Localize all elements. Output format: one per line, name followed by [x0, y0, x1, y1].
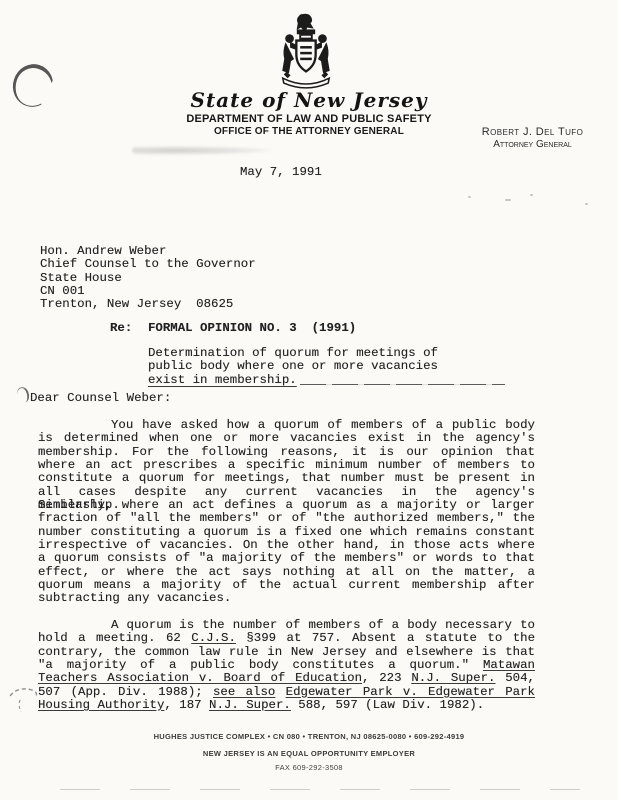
scan-squiggle — [8, 684, 42, 720]
letter-date: May 7, 1991 — [240, 166, 322, 179]
re-label: Re: — [110, 322, 132, 335]
body-line: effect, or where the act says nothing at… — [38, 566, 535, 579]
footer-fax: FAX 609-292-3508 — [0, 763, 618, 772]
body-line: subtracting any vacancies. — [38, 592, 535, 605]
body-line: a quorum consists of "a majority of the … — [38, 552, 535, 565]
subject-underline-rule — [300, 384, 505, 385]
body-line: where an act prescribes a specific minim… — [38, 459, 535, 472]
body-paragraph: A quorum is the number of members of a b… — [38, 619, 535, 712]
attorney-general-name: Robert J. Del Tufo — [450, 126, 615, 138]
department-line: DEPARTMENT OF LAW AND PUBLIC SAFETY — [0, 113, 618, 125]
body-line: You have asked how a quorum of members o… — [38, 419, 535, 432]
scanned-letter-page: { "letterhead": { "seal_icon": "nj-state… — [0, 0, 618, 800]
body-line: membership. For the following reasons, i… — [38, 446, 535, 459]
state-name-title: State of New Jersey — [0, 88, 618, 112]
body-line: 507 (App. Div. 1988); see also Edgewater… — [38, 686, 535, 699]
scan-speckle — [505, 199, 511, 201]
body-line: all cases despite any current vacancies … — [38, 486, 535, 499]
opinion-title: FORMAL OPINION NO. 3 (1991) — [148, 322, 356, 335]
scan-bottom-streak — [60, 789, 580, 790]
body-line: constitute a quorum for meetings, that n… — [38, 472, 535, 485]
scan-smudge — [132, 146, 272, 155]
attorney-general-block: Robert J. Del Tufo Attorney General — [450, 126, 615, 150]
recipient-line: CN 001 — [40, 285, 256, 298]
body-line: "a majority of a public body constitutes… — [38, 659, 535, 672]
attorney-general-title: Attorney General — [450, 139, 615, 150]
body-line: contrary, the common law rule in New Jer… — [38, 646, 535, 659]
recipient-line: Hon. Andrew Weber — [40, 245, 256, 258]
subject-line-underlined: exist in membership. — [148, 373, 297, 387]
scan-speckle — [530, 194, 533, 196]
body-line: Teachers Association v. Board of Educati… — [38, 672, 535, 685]
letter-body: You have asked how a quorum of members o… — [38, 419, 535, 712]
body-line: irrespective of vacancies. On the other … — [38, 539, 535, 552]
recipient-address: Hon. Andrew Weber Chief Counsel to the G… — [40, 245, 256, 311]
body-line: Similarly, where an act defines a quorum… — [38, 499, 535, 512]
salutation: Dear Counsel Weber: — [30, 392, 171, 405]
scan-speckle — [585, 203, 588, 205]
recipient-line: State House — [40, 272, 256, 285]
footer-address: HUGHES JUSTICE COMPLEX • CN 080 • TRENTO… — [0, 732, 618, 741]
body-line: quorum means a majority of the actual cu… — [38, 579, 535, 592]
recipient-line: Trenton, New Jersey 08625 — [40, 298, 256, 311]
subject-line: Determination of quorum for meetings of — [148, 347, 518, 360]
nj-state-seal-icon — [277, 13, 335, 99]
body-line: Housing Authority, 187 N.J. Super. 588, … — [38, 699, 535, 712]
body-line: hold a meeting. 62 C.J.S. §399 at 757. A… — [38, 632, 535, 645]
recipient-line: Chief Counsel to the Governor — [40, 258, 256, 271]
body-line: is determined when one or more vacancies… — [38, 432, 535, 445]
scan-speckle — [468, 196, 471, 198]
footer-eeo: NEW JERSEY IS AN EQUAL OPPORTUNITY EMPLO… — [0, 749, 618, 758]
body-line: fraction of "all the members" or of "the… — [38, 512, 535, 525]
scan-mark-salutation — [15, 386, 30, 404]
body-paragraph: You have asked how a quorum of members o… — [38, 419, 535, 606]
subject-line: public body where one or more vacancies — [148, 360, 518, 373]
body-line: number constituting a quorum is a fixed … — [38, 526, 535, 539]
subject-block: Determination of quorum for meetings of … — [148, 347, 518, 387]
body-line: A quorum is the number of members of a b… — [38, 619, 535, 632]
